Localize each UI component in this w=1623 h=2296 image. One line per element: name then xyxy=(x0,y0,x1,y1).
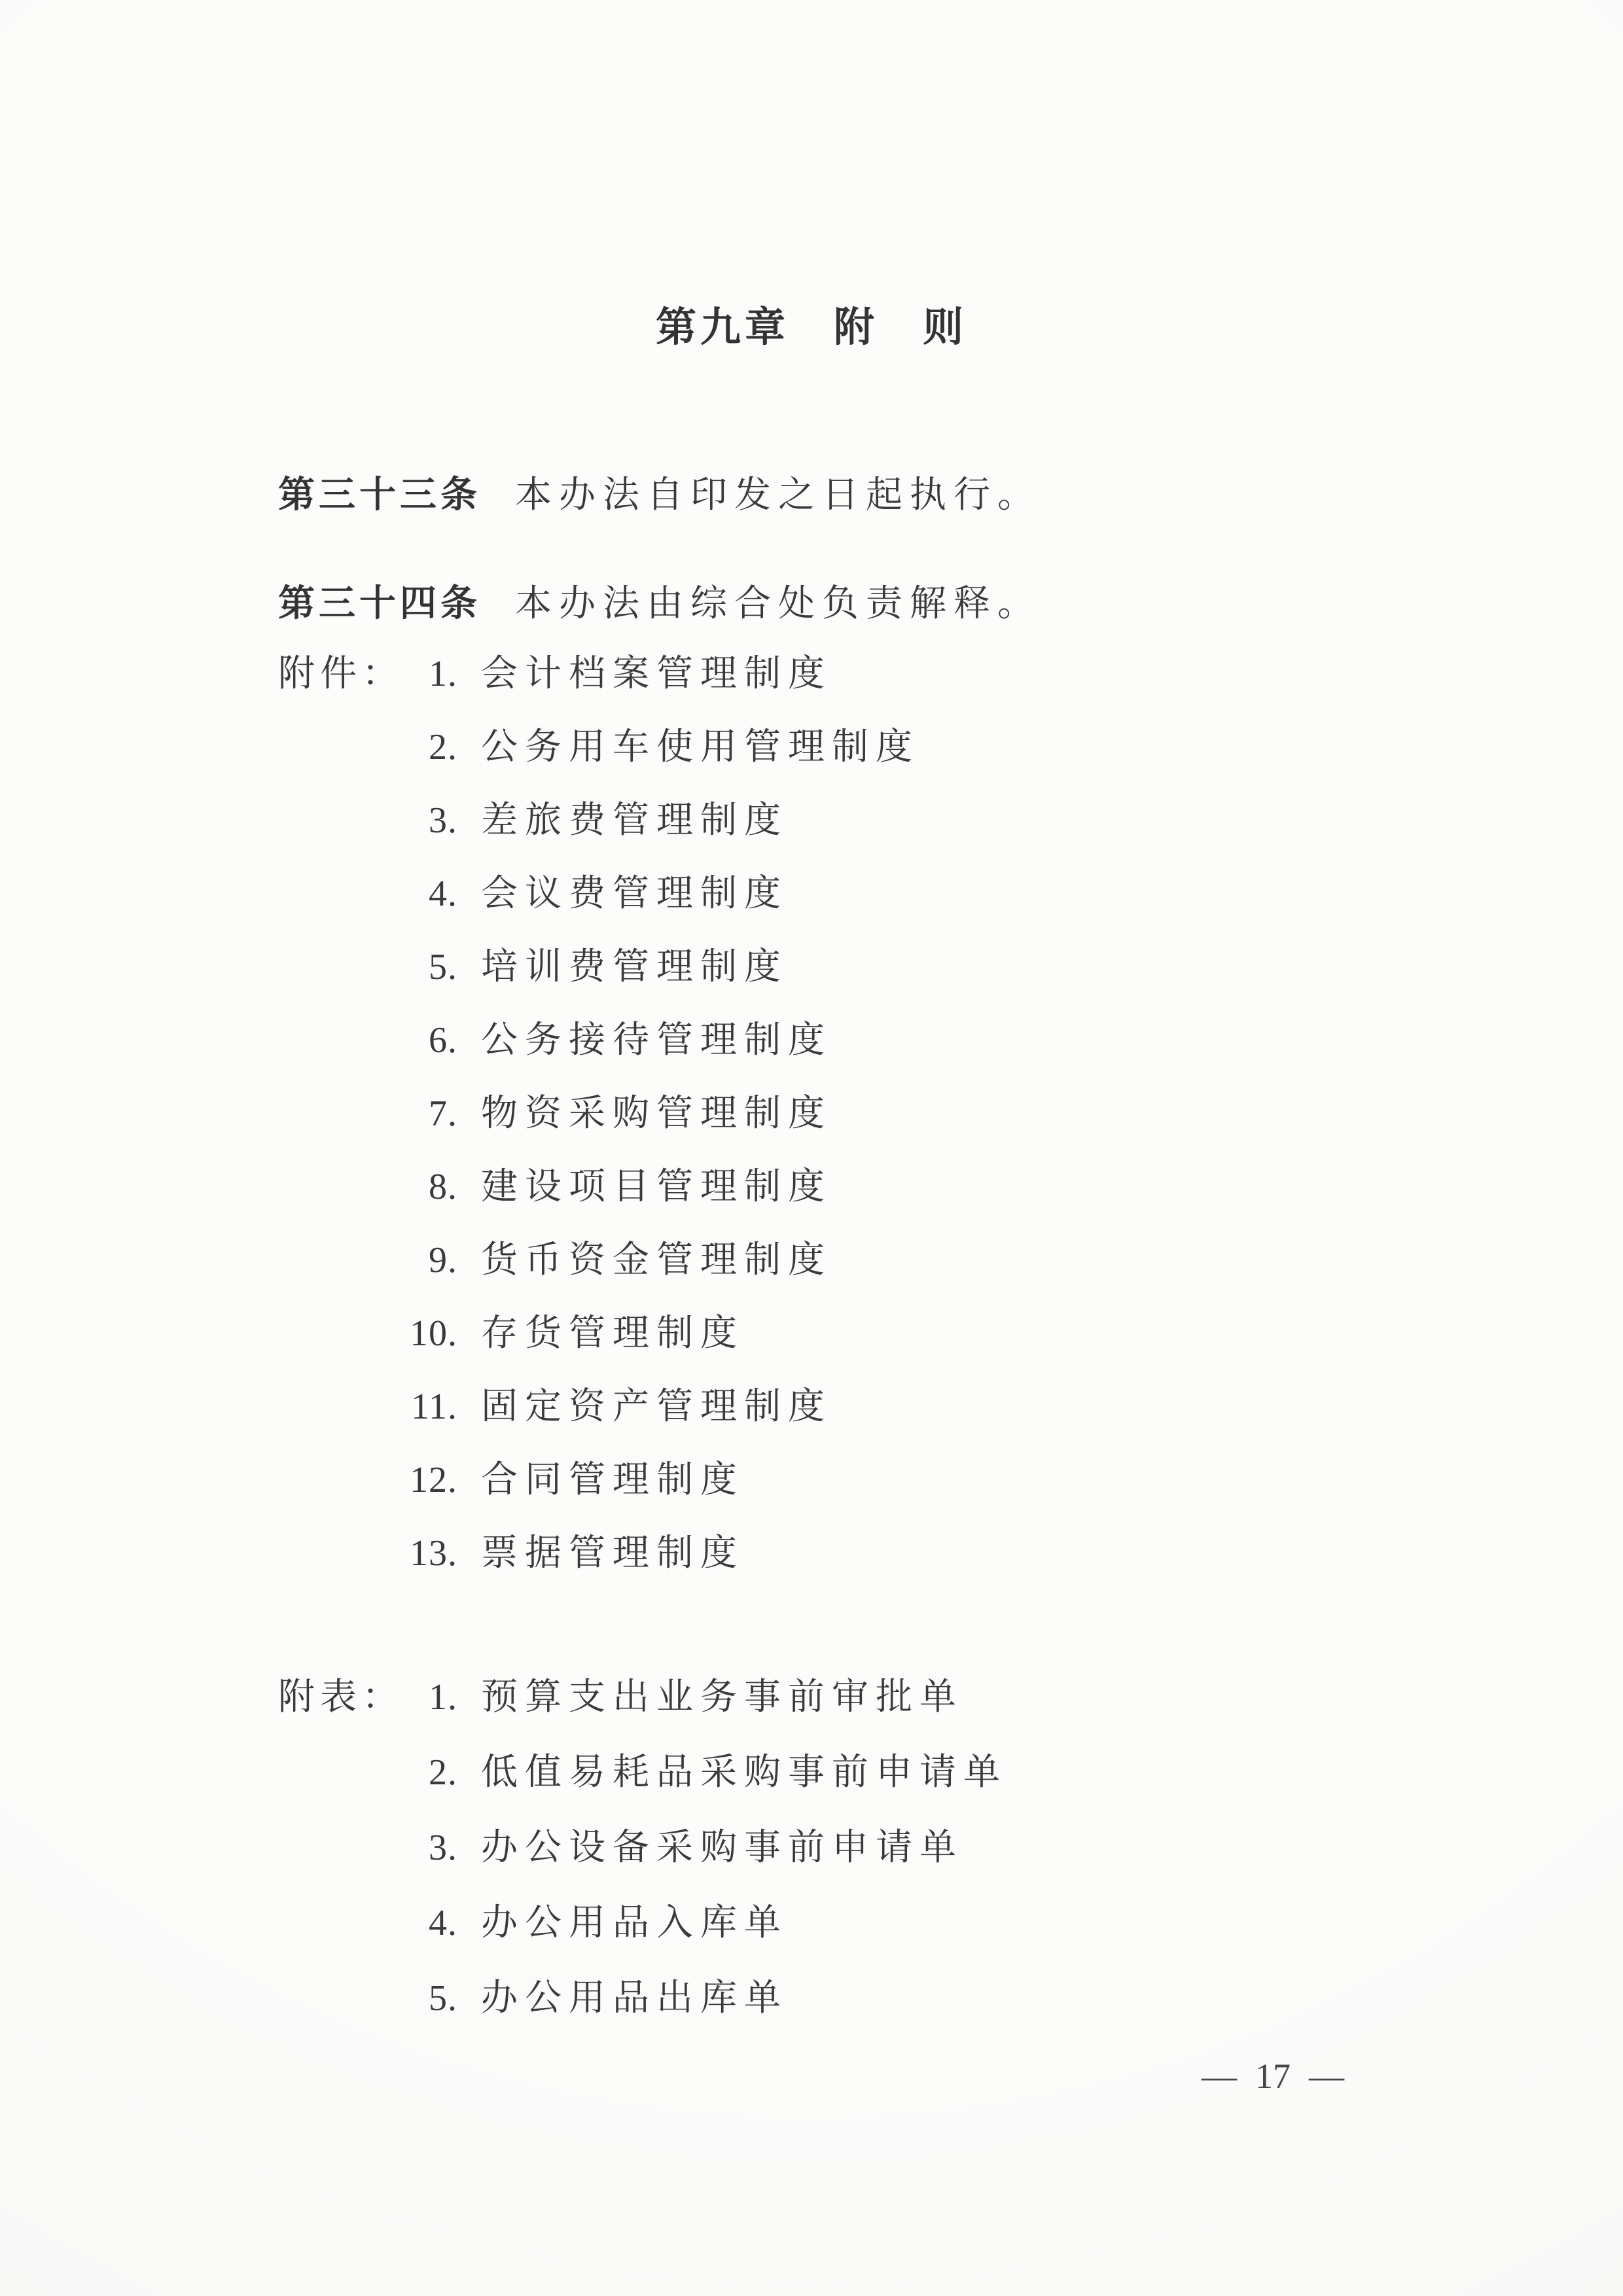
item-number: 4. xyxy=(404,857,457,930)
item-text: 培训费管理制度 xyxy=(481,930,788,1004)
list-item: 8. 建设项目管理制度 xyxy=(278,1150,919,1224)
item-text: 办公设备采购事前申请单 xyxy=(481,1810,963,1886)
item-number: 4. xyxy=(404,1886,457,1961)
item-number: 12. xyxy=(404,1443,457,1517)
list-item: 12. 合同管理制度 xyxy=(278,1443,919,1517)
list-item: 5. 办公用品出库单 xyxy=(278,1961,1007,2036)
list-item: 13. 票据管理制度 xyxy=(278,1517,919,1590)
item-text: 货币资金管理制度 xyxy=(481,1224,832,1297)
item-text: 存货管理制度 xyxy=(481,1297,744,1370)
list-item: 附件： 1. 会计档案管理制度 xyxy=(278,637,919,711)
document-page: 第九章 附 则 第三十三条本办法自印发之日起执行。 第三十四条本办法由综合处负责… xyxy=(0,0,1623,2296)
attachments-label: 附件： xyxy=(278,637,404,711)
item-number: 3. xyxy=(404,1810,457,1886)
item-text: 差旅费管理制度 xyxy=(481,784,788,857)
article-number: 第三十四条 xyxy=(278,582,481,624)
item-number: 2. xyxy=(404,711,457,784)
item-number: 3. xyxy=(404,784,457,857)
chapter-title: 第九章 附 则 xyxy=(0,302,1623,353)
list-item: 2. 低值易耗品采购事前申请单 xyxy=(278,1735,1007,1810)
list-item: 4. 会议费管理制度 xyxy=(278,857,919,930)
item-text: 低值易耗品采购事前申请单 xyxy=(481,1735,1007,1810)
footer-dash-right: — xyxy=(1309,2055,1344,2098)
list-item: 4. 办公用品入库单 xyxy=(278,1886,1007,1961)
article-line: 第三十四条本办法由综合处负责解释。 xyxy=(278,567,1041,639)
item-text: 票据管理制度 xyxy=(481,1517,744,1590)
list-item: 3. 差旅费管理制度 xyxy=(278,784,919,857)
item-text: 固定资产管理制度 xyxy=(481,1370,832,1443)
item-text: 预算支出业务事前审批单 xyxy=(481,1660,963,1735)
item-number: 10. xyxy=(404,1297,457,1370)
item-text: 物资采购管理制度 xyxy=(481,1077,832,1150)
item-text: 公务用车使用管理制度 xyxy=(481,711,919,784)
item-number: 9. xyxy=(404,1224,457,1297)
list-item: 11. 固定资产管理制度 xyxy=(278,1370,919,1443)
item-number: 5. xyxy=(404,1961,457,2036)
item-number: 11. xyxy=(404,1370,457,1443)
list-item: 5. 培训费管理制度 xyxy=(278,930,919,1004)
item-number: 7. xyxy=(404,1077,457,1150)
list-item: 2. 公务用车使用管理制度 xyxy=(278,711,919,784)
item-number: 13. xyxy=(404,1517,457,1590)
item-text: 办公用品入库单 xyxy=(481,1886,788,1961)
list-item: 3. 办公设备采购事前申请单 xyxy=(278,1810,1007,1886)
article-number: 第三十三条 xyxy=(278,474,481,515)
item-text: 会议费管理制度 xyxy=(481,857,788,930)
list-item: 7. 物资采购管理制度 xyxy=(278,1077,919,1150)
list-item: 9. 货币资金管理制度 xyxy=(278,1224,919,1297)
item-text: 合同管理制度 xyxy=(481,1443,744,1517)
item-number: 1. xyxy=(404,1660,457,1735)
appendix-tables-list: 附表： 1. 预算支出业务事前审批单 2. 低值易耗品采购事前申请单 3. 办公… xyxy=(278,1660,1007,2036)
item-number: 6. xyxy=(404,1004,457,1077)
list-item: 附表： 1. 预算支出业务事前审批单 xyxy=(278,1660,1007,1735)
footer-dash-left: — xyxy=(1202,2055,1237,2098)
footer-page-num: 17 xyxy=(1255,2055,1291,2098)
attachments-list: 附件： 1. 会计档案管理制度 2. 公务用车使用管理制度 3. 差旅费管理制度… xyxy=(278,637,919,1590)
article-text: 本办法由综合处负责解释。 xyxy=(515,584,1041,624)
list-item: 6. 公务接待管理制度 xyxy=(278,1004,919,1077)
appendix-tables-label: 附表： xyxy=(278,1660,404,1735)
item-number: 2. xyxy=(404,1735,457,1810)
item-text: 会计档案管理制度 xyxy=(481,637,832,711)
item-number: 8. xyxy=(404,1150,457,1224)
item-number: 1. xyxy=(404,637,457,711)
article-text: 本办法自印发之日起执行。 xyxy=(515,475,1041,516)
item-number: 5. xyxy=(404,930,457,1004)
list-item: 10. 存货管理制度 xyxy=(278,1297,919,1370)
item-text: 建设项目管理制度 xyxy=(481,1150,832,1224)
item-text: 办公用品出库单 xyxy=(481,1961,788,2036)
page-number: — 17 — xyxy=(1202,2055,1344,2098)
article-line: 第三十三条本办法自印发之日起执行。 xyxy=(278,459,1041,531)
item-text: 公务接待管理制度 xyxy=(481,1004,832,1077)
